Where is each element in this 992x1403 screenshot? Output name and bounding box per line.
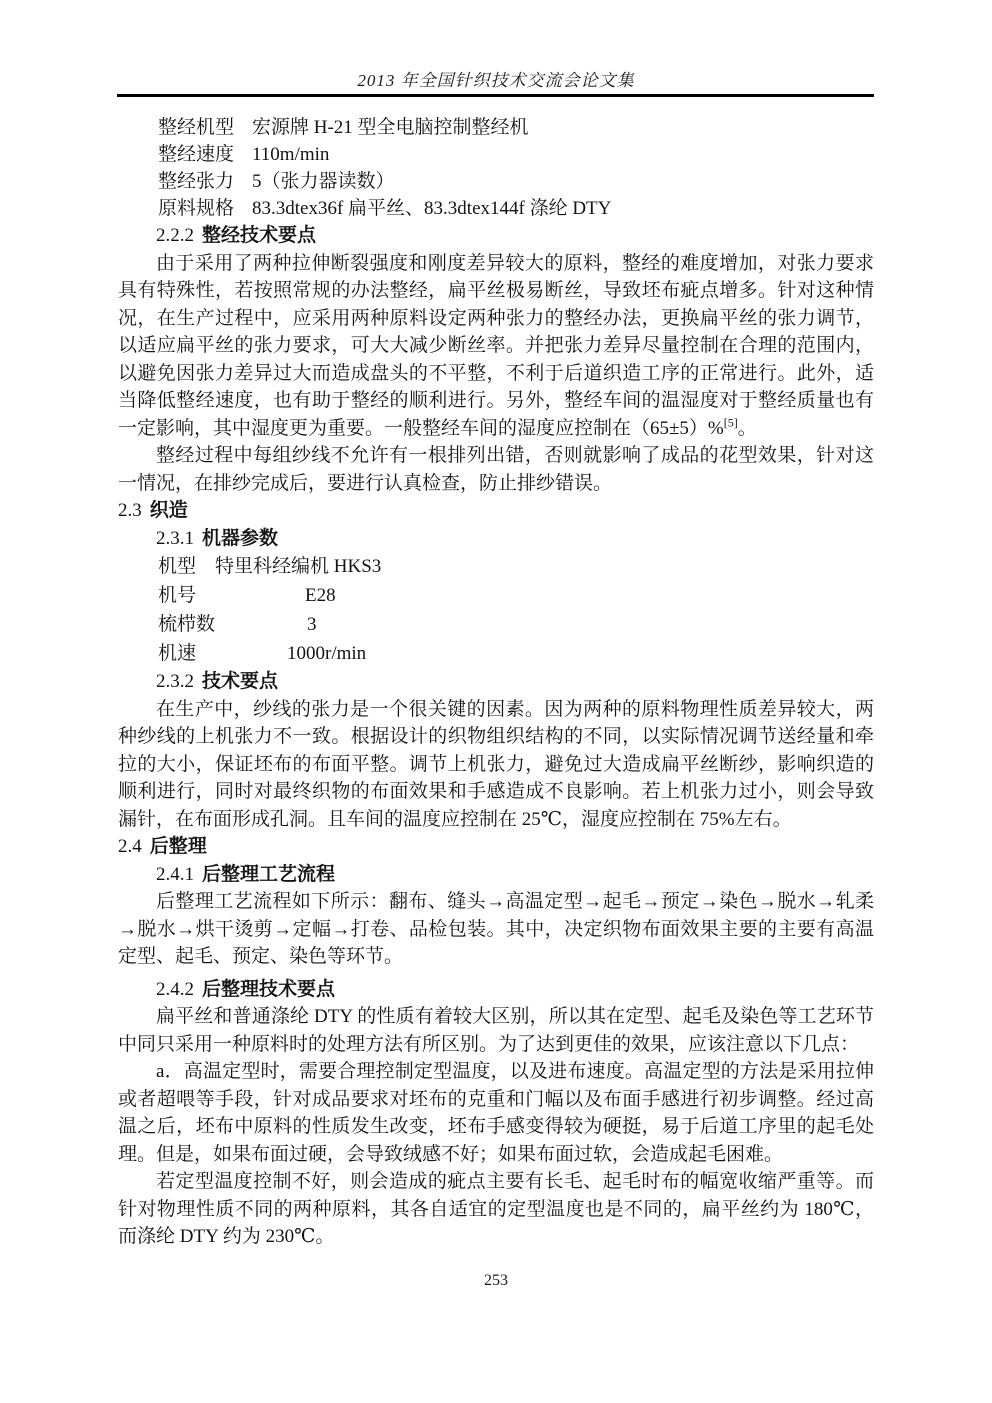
- section-heading-2-2-2: 2.2.2整经技术要点: [118, 222, 874, 250]
- spec-value: 5（张力器读数）: [252, 168, 395, 195]
- spec-label: 原料规格: [158, 198, 234, 219]
- spec-label: 梳栉数: [158, 614, 215, 635]
- heading-title: 后整理工艺流程: [202, 864, 335, 885]
- section-heading-2-4: 2.4后整理: [118, 833, 874, 861]
- heading-number: 2.4.1: [156, 864, 194, 885]
- spec-label: 机速: [158, 643, 196, 664]
- warping-spec-row-material: 原料规格 83.3dtex36f 扁平丝、83.3dtex144f 涤纶 DTY: [118, 195, 874, 222]
- spec-value: 110m/min: [252, 141, 329, 168]
- spec-value: E28: [305, 581, 336, 610]
- spec-label: 整经速度: [158, 144, 234, 165]
- paragraph-warping-points-1: 由于采用了两种拉伸断裂强度和刚度差异较大的原料，整经的难度增加，对张力要求具有特…: [118, 250, 874, 443]
- spec-value: 宏源牌 H-21 型全电脑控制整经机: [252, 114, 529, 141]
- paragraph-text: 由于采用了两种拉伸断裂强度和刚度差异较大的原料，整经的难度增加，对张力要求具有特…: [118, 253, 874, 439]
- heading-number: 2.3.1: [156, 528, 194, 549]
- paragraph-finishing-points-2: a．高温定型时，需要合理控制定型温度，以及进布速度。高温定型的方法是采用拉伸或者…: [118, 1058, 874, 1168]
- heading-title: 后整理技术要点: [202, 979, 335, 1000]
- section-heading-2-4-2: 2.4.2后整理技术要点: [118, 976, 874, 1004]
- document-page: 2013 年全国针织技术交流会论文集 整经机型 宏源牌 H-21 型全电脑控制整…: [0, 0, 992, 1403]
- section-heading-2-3: 2.3织造: [118, 497, 874, 525]
- spec-value: 83.3dtex36f 扁平丝、83.3dtex144f 涤纶 DTY: [252, 195, 611, 222]
- spec-value: 1000r/min: [287, 639, 366, 668]
- machine-spec-row-guidebars: 梳栉数 3: [118, 610, 874, 639]
- heading-title: 整经技术要点: [202, 225, 316, 246]
- section-heading-2-3-1: 2.3.1机器参数: [118, 525, 874, 553]
- warping-spec-row-speed: 整经速度 110m/min: [118, 141, 874, 168]
- heading-number: 2.3.2: [156, 671, 194, 692]
- spec-value: 3: [307, 610, 317, 639]
- heading-title: 技术要点: [202, 671, 278, 692]
- spec-label: 机型: [158, 556, 196, 577]
- paragraph-knitting-points: 在生产中，纱线的张力是一个很关键的因素。因为两种的原料物理性质差异较大，两种纱线…: [118, 696, 874, 834]
- paragraph-finishing-points-3: 若定型温度控制不好，则会造成的疵点主要有长毛、起毛时布的幅宽收缩严重等。而针对物…: [118, 1168, 874, 1251]
- heading-title: 后整理: [150, 836, 207, 857]
- paragraph-warping-points-2: 整经过程中每组纱线不允许有一根排列出错，否则就影响了成品的花型效果，针对这一情况…: [118, 442, 874, 497]
- citation-ref: [5]: [724, 415, 738, 429]
- section-heading-2-4-1: 2.4.1后整理工艺流程: [118, 861, 874, 889]
- section-heading-2-3-2: 2.3.2技术要点: [118, 668, 874, 696]
- heading-number: 2.4.2: [156, 979, 194, 1000]
- machine-spec-row-speed: 机速 1000r/min: [118, 639, 874, 668]
- machine-spec-row-model: 机型 特里科经编机 HKS3: [118, 552, 874, 581]
- page-content: 整经机型 宏源牌 H-21 型全电脑控制整经机 整经速度 110m/min 整经…: [118, 114, 874, 1251]
- paragraph-finishing-process: 后整理工艺流程如下所示：翻布、缝头→高温定型→起毛→预定→染色→脱水→轧柔→脱水…: [118, 888, 874, 971]
- heading-number: 2.2.2: [156, 225, 194, 246]
- spec-label: 机号: [158, 585, 196, 606]
- warping-spec-row-machine: 整经机型 宏源牌 H-21 型全电脑控制整经机: [118, 114, 874, 141]
- paragraph-finishing-points-1: 扁平丝和普通涤纶 DTY 的性质有着较大区别，所以其在定型、起毛及染色等工艺环节…: [118, 1003, 874, 1058]
- warping-spec-row-tension: 整经张力 5（张力器读数）: [118, 168, 874, 195]
- header-rule: [117, 94, 874, 97]
- spec-label: 整经张力: [158, 171, 234, 192]
- heading-number: 2.4: [118, 836, 142, 857]
- heading-title: 织造: [150, 500, 188, 521]
- spec-value: 特里科经编机 HKS3: [215, 552, 381, 581]
- spec-label: 整经机型: [158, 117, 234, 138]
- page-footer: 253: [0, 1272, 992, 1290]
- journal-title: 2013 年全国针织技术交流会论文集: [0, 66, 992, 91]
- heading-number: 2.3: [118, 500, 142, 521]
- machine-spec-row-gauge: 机号 E28: [118, 581, 874, 610]
- heading-title: 机器参数: [202, 528, 278, 549]
- page-number: 253: [484, 1272, 508, 1289]
- paragraph-text-tail: 。: [738, 418, 757, 439]
